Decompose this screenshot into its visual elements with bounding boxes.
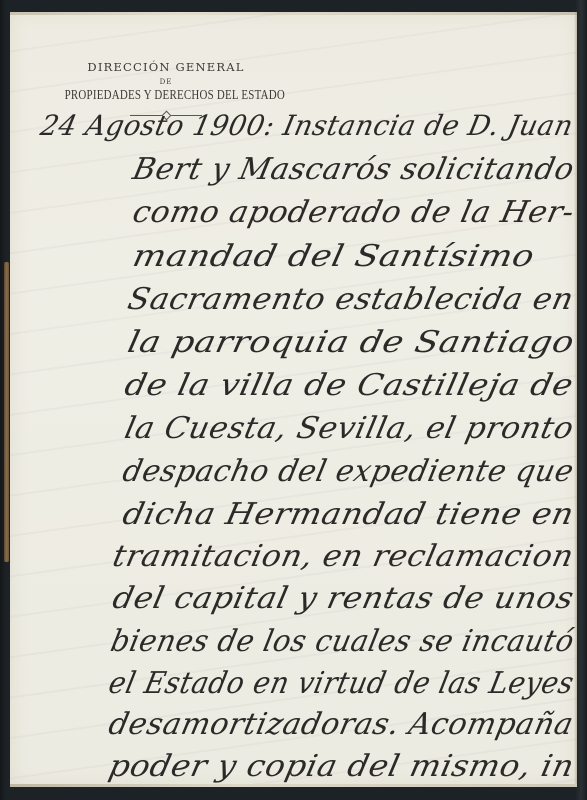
handwritten-line: desamortizadoras. Acompaña <box>106 710 576 740</box>
handwritten-line: como apoderado de la Her- <box>130 198 577 228</box>
handwritten-line: el Estado en virtud de las Leyes <box>106 669 577 699</box>
handwritten-line: mandad del Santísimo <box>130 242 537 272</box>
handwritten-line: Sacramento establecida en <box>125 285 576 315</box>
handwritten-line: Bert y Mascarós solicitando <box>130 155 577 185</box>
handwritten-line: la Cuesta, Sevilla, el pronto <box>122 414 576 444</box>
handwritten-line: 24 Agosto 1900: Instancia de D. Juan <box>38 112 576 140</box>
letterhead-line-2: DE <box>36 78 296 86</box>
handwritten-line: bienes de los cuales se incautó <box>108 627 577 657</box>
handwritten-line: la parroquia de Santiago <box>125 328 577 358</box>
handwritten-line: poder y copia del mismo, in <box>106 752 577 782</box>
handwritten-line: de la villa de Castilleja de <box>122 371 576 401</box>
handwritten-line: despacho del expediente que <box>120 457 576 487</box>
paper-top-edge <box>10 12 577 15</box>
paper-right-edge <box>574 12 577 787</box>
letterhead-line-3: PROPIEDADES Y DERECHOS DEL ESTADO <box>65 88 268 104</box>
handwritten-line: dicha Hermandad tiene en <box>120 500 577 530</box>
handwritten-line: del capital y rentas de unos <box>110 584 576 614</box>
paper-bottom-edge <box>10 784 577 787</box>
document-page: DIRECCIÓN GENERAL DE PROPIEDADES Y DEREC… <box>10 12 577 787</box>
binding-strip <box>4 262 9 562</box>
handwritten-line: tramitacion, en reclamacion <box>110 542 576 572</box>
letterhead-line-1: DIRECCIÓN GENERAL <box>36 60 296 74</box>
